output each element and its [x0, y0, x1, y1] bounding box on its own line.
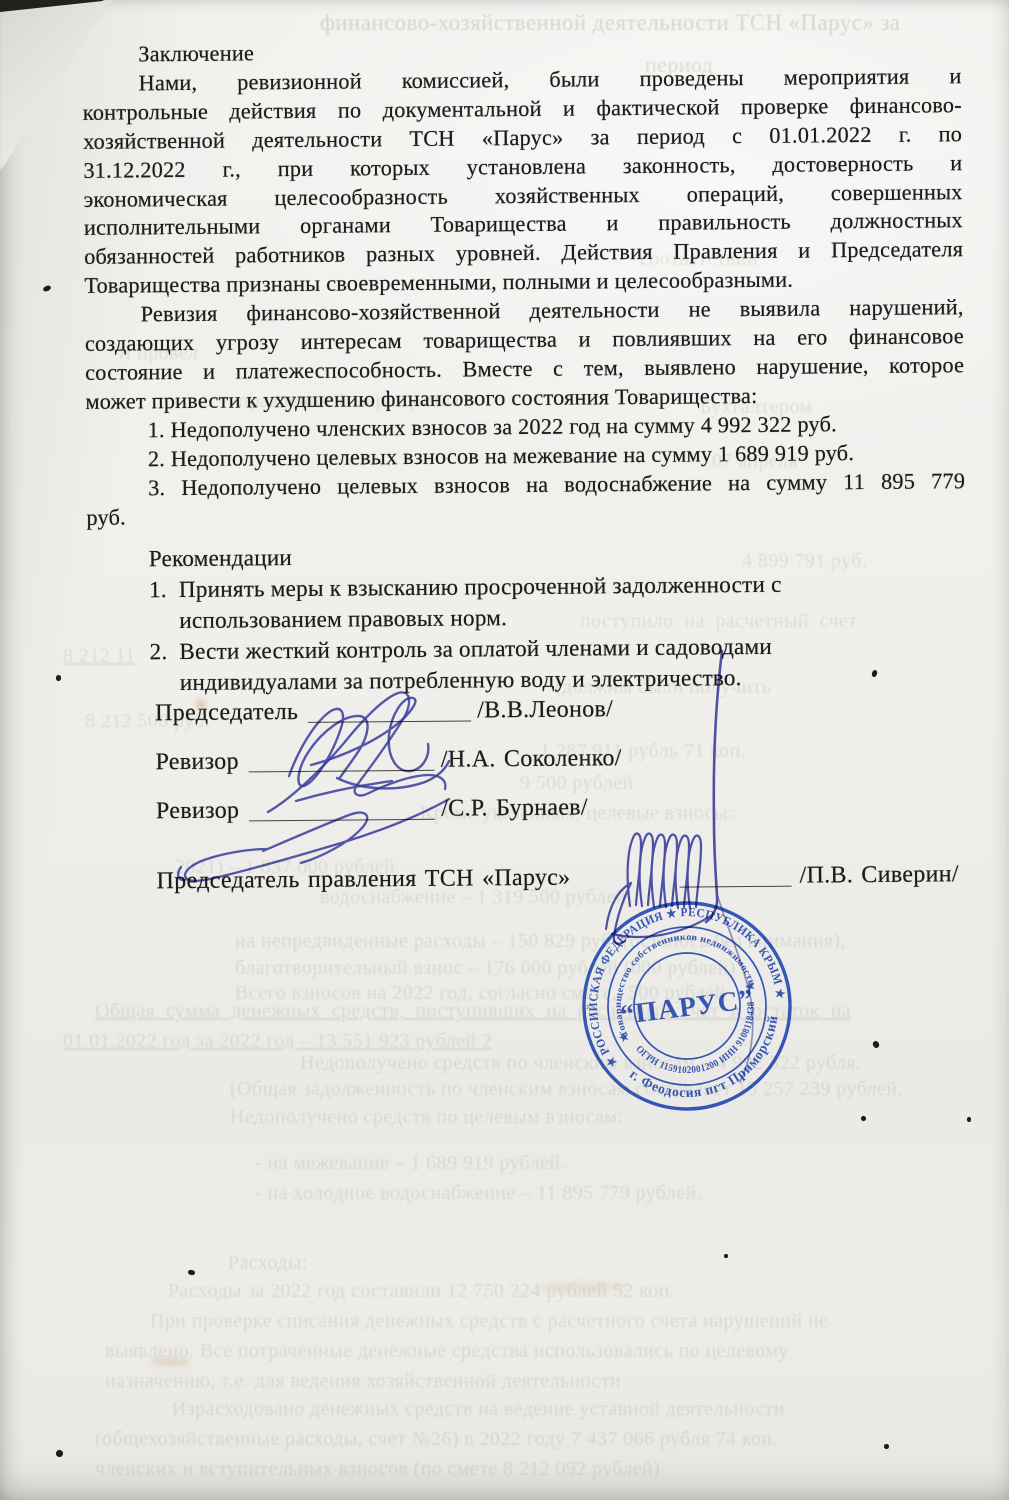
signature-line	[249, 795, 435, 822]
bleedthrough-line: благотворительный взнос – 176 000 рублей…	[235, 957, 736, 980]
bleedthrough-line: Общая сумма денежных средств, поступивши…	[95, 1000, 851, 1023]
scan-speck	[724, 1254, 728, 1258]
recommendations-section: Рекомендации 1. Принять меры к взысканию…	[87, 538, 967, 701]
bleedthrough-line: на непредвиденные расходы – 150 829 руб.…	[235, 930, 846, 953]
bleedthrough-line: Расходы:	[228, 1252, 308, 1275]
bleedthrough-line: Израсходовано денежных средств на ведени…	[172, 1398, 785, 1421]
signature-line	[249, 746, 435, 773]
signature-name: /П.В. Сиверин/	[799, 861, 958, 889]
paragraph-main-2: Ревизия финансово-хозяйственной деятельн…	[85, 293, 965, 416]
signature-name: /Н.А. Соколенко/	[441, 745, 622, 774]
bleedthrough-line: 01.01.2022 год за 2022 год – 13 551 923 …	[63, 1030, 492, 1053]
signature-name: /С.Р. Бурнаев/	[441, 794, 588, 822]
signature-row-auditor-1: Ревизор /Н.А. Соколенко/	[155, 744, 621, 776]
scan-stain	[538, 1282, 628, 1292]
scan-speck	[967, 1117, 971, 1122]
bleedthrough-line: выявлено. Все потраченные денежные средс…	[105, 1340, 789, 1363]
document-body: Заключение Нами, ревизионной комиссией, …	[82, 0, 967, 700]
bleedthrough-line: - на холодное водоснабжение – 11 895 779…	[255, 1182, 702, 1205]
scan-speck	[56, 675, 61, 681]
bleedthrough-line: - на межевание – 1 689 919 рублей.	[255, 1152, 566, 1175]
signature-line	[679, 862, 791, 888]
signature-label: Председатель	[155, 699, 298, 727]
bleedthrough-line: При проверке списания денежных средств с…	[150, 1310, 828, 1333]
signature-label: Ревизор	[156, 797, 240, 825]
signature-row-chairman: Председатель /В.В.Леонов/	[155, 695, 613, 727]
scan-stain	[150, 1358, 190, 1365]
bleedthrough-line: 9 500 рублей	[520, 772, 634, 795]
signature-line	[308, 696, 471, 722]
bleedthrough-line: Недополучено средств по членским взносам…	[300, 1052, 861, 1075]
signature-label: Ревизор	[155, 749, 239, 777]
bleedthrough-line: назначению, т.е. для ведения хозяйственн…	[105, 1370, 621, 1393]
scan-speck	[884, 1444, 889, 1449]
recommendations-list: 1. Принять меры к взысканию просроченной…	[87, 569, 967, 701]
scan-stain	[196, 700, 206, 708]
bleedthrough-line: Недополучено средств по целевым взносам:	[230, 1106, 623, 1129]
findings-list: 1. Недополучено членских взносов за 2022…	[86, 409, 966, 532]
signature-row-auditor-2: Ревизор /С.Р. Бурнаев/	[156, 793, 588, 825]
scanned-audit-report-page: финансово-хозяйственной деятельности ТСН…	[0, 0, 1009, 1500]
signature-name: /В.В.Леонов/	[477, 696, 613, 724]
bleedthrough-line: (общехозяйственные расходы, счет №26) в …	[95, 1428, 778, 1451]
bleedthrough-line: членских и вступительных взносов (по сме…	[95, 1458, 660, 1481]
signature-label: Председатель правления ТСН «Парус»	[156, 864, 661, 895]
bleedthrough-line: (Общая задолженность по членским взносам…	[230, 1078, 903, 1101]
paragraph-main-1: Нами, ревизионной комиссией, были провед…	[82, 62, 963, 301]
